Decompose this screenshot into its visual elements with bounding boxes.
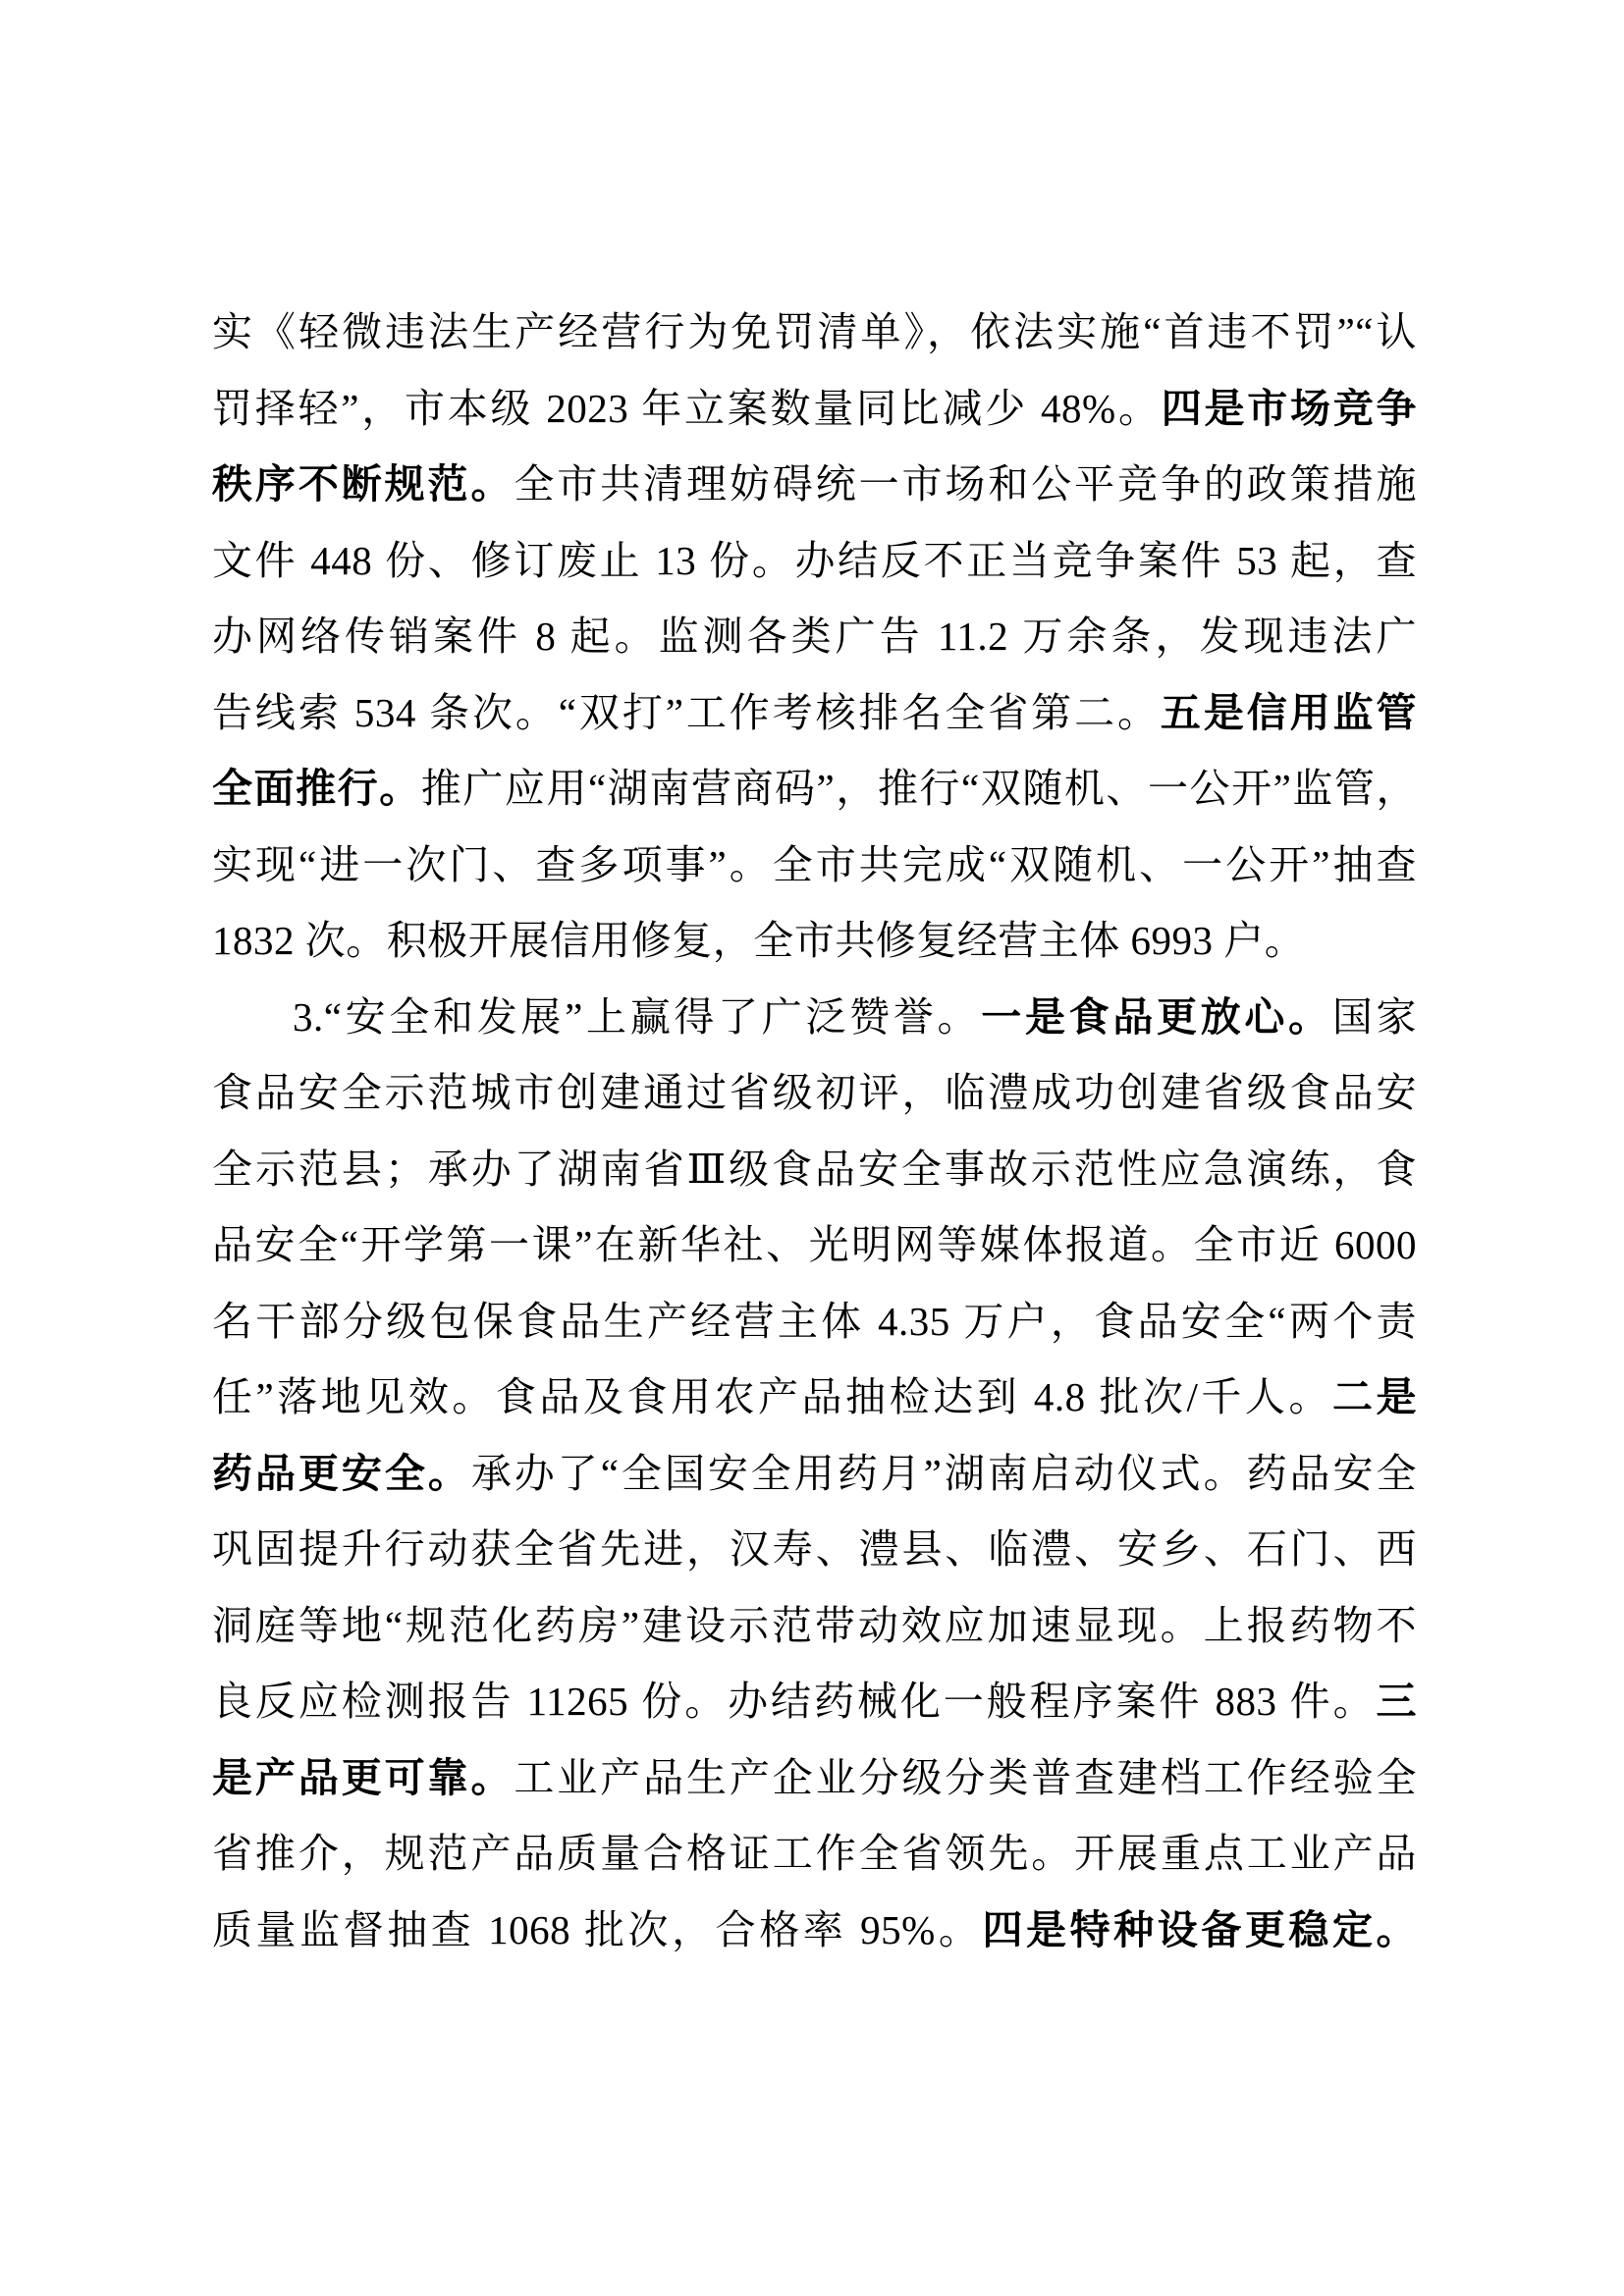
bold-emphasis-text: 五是信用监管 — [1161, 690, 1417, 735]
body-text: 食品安全示范城市创建通过省级初评，临澧成功创建省级食品安 — [212, 1070, 1417, 1115]
body-text: 1832 次。积极开展信用修复，全市共修复经营主体 6993 户。 — [212, 918, 1305, 963]
body-text: 巩固提升行动获全省先进，汉寿、澧县、临澧、安乡、石门、西 — [212, 1526, 1417, 1572]
text-line: 秩序不断规范。全市共清理妨碍统一市场和公平竞争的政策措施 — [212, 447, 1417, 523]
text-line: 巩固提升行动获全省先进，汉寿、澧县、临澧、安乡、石门、西 — [212, 1512, 1417, 1588]
text-line: 质量监督抽查 1068 批次，合格率 95%。四是特种设备更稳定。 — [212, 1893, 1417, 1969]
text-line: 品安全“开学第一课”在新华社、光明网等媒体报道。全市近 6000 — [212, 1207, 1417, 1284]
document-page: 实《轻微违法生产经营行为免罚清单》，依法实施“首违不罚”“认罚择轻”，市本级 2… — [0, 0, 1624, 2296]
text-line: 任”落地见效。食品及食用农产品抽检达到 4.8 批次/千人。二是 — [212, 1360, 1417, 1436]
text-line: 罚择轻”，市本级 2023 年立案数量同比减少 48%。四是市场竞争 — [212, 371, 1417, 448]
body-text: 质量监督抽查 1068 批次，合格率 95%。 — [212, 1907, 982, 1952]
body-text: 品安全“开学第一课”在新华社、光明网等媒体报道。全市近 6000 — [212, 1222, 1417, 1267]
bold-emphasis-text: 四是特种设备更稳定。 — [982, 1907, 1417, 1952]
text-line: 是产品更可靠。工业产品生产企业分级分类普查建档工作经验全 — [212, 1740, 1417, 1817]
body-text: 良反应检测报告 11265 份。办结药械化一般程序案件 883 件。 — [212, 1679, 1377, 1724]
text-line: 药品更安全。承办了“全国安全用药月”湖南启动仪式。药品安全 — [212, 1436, 1417, 1513]
body-text: 任”落地见效。食品及食用农产品抽检达到 4.8 批次/千人。 — [212, 1374, 1332, 1419]
bold-emphasis-text: 药品更安全。 — [212, 1451, 471, 1496]
body-text: 办网络传销案件 8 起。监测各类广告 11.2 万余条，发现违法广 — [212, 614, 1417, 659]
bold-emphasis-text: 一是食品更放心。 — [981, 994, 1332, 1040]
body-text: 实《轻微违法生产经营行为免罚清单》，依法实施“首违不罚”“认 — [212, 309, 1417, 354]
body-text: 工业产品生产企业分级分类普查建档工作经验全 — [514, 1755, 1417, 1800]
text-line: 文件 448 份、修订废止 13 份。办结反不正当竞争案件 53 起，查 — [212, 523, 1417, 600]
bold-emphasis-text: 全面推行。 — [212, 766, 421, 811]
bold-emphasis-text: 二是 — [1332, 1374, 1417, 1419]
text-line: 1832 次。积极开展信用修复，全市共修复经营主体 6993 户。 — [212, 903, 1417, 980]
text-line: 办网络传销案件 8 起。监测各类广告 11.2 万余条，发现违法广 — [212, 599, 1417, 675]
body-text: 承办了“全国安全用药月”湖南启动仪式。药品安全 — [471, 1451, 1417, 1496]
body-text: 国家 — [1332, 994, 1417, 1040]
body-text: 文件 448 份、修订废止 13 份。办结反不正当竞争案件 53 起，查 — [212, 538, 1417, 583]
text-line: 洞庭等地“规范化药房”建设示范带动效应加速显现。上报药物不 — [212, 1588, 1417, 1665]
bold-emphasis-text: 秩序不断规范。 — [212, 461, 514, 507]
body-text: 推广应用“湖南营商码”，推行“双随机、一公开”监管， — [421, 766, 1417, 811]
bold-emphasis-text: 四是市场竞争 — [1162, 386, 1417, 431]
text-line: 告线索 534 条次。“双打”工作考核排名全省第二。五是信用监管 — [212, 675, 1417, 752]
body-text: 实现“进一次门、查多项事”。全市共完成“双随机、一公开”抽查 — [212, 842, 1417, 887]
text-line: 实《轻微违法生产经营行为免罚清单》，依法实施“首违不罚”“认 — [212, 294, 1417, 371]
text-line: 3.“安全和发展”上赢得了广泛赞誉。一是食品更放心。国家 — [212, 980, 1417, 1056]
text-line: 省推介，规范产品质量合格证工作全省领先。开展重点工业产品 — [212, 1816, 1417, 1893]
body-text: 名干部分级包保食品生产经营主体 4.35 万户，食品安全“两个责 — [212, 1299, 1417, 1344]
body-text: 全示范县；承办了湖南省Ⅲ级食品安全事故示范性应急演练，食 — [212, 1147, 1417, 1192]
text-line: 全面推行。推广应用“湖南营商码”，推行“双随机、一公开”监管， — [212, 751, 1417, 828]
text-line: 名干部分级包保食品生产经营主体 4.35 万户，食品安全“两个责 — [212, 1284, 1417, 1361]
body-text: 罚择轻”，市本级 2023 年立案数量同比减少 48%。 — [212, 386, 1162, 431]
text-line: 良反应检测报告 11265 份。办结药械化一般程序案件 883 件。三 — [212, 1664, 1417, 1740]
text-line: 全示范县；承办了湖南省Ⅲ级食品安全事故示范性应急演练，食 — [212, 1132, 1417, 1208]
bold-emphasis-text: 三 — [1377, 1679, 1418, 1724]
bold-emphasis-text: 是产品更可靠。 — [212, 1755, 514, 1800]
text-line: 实现“进一次门、查多项事”。全市共完成“双随机、一公开”抽查 — [212, 828, 1417, 904]
body-text: 告线索 534 条次。“双打”工作考核排名全省第二。 — [212, 690, 1161, 735]
body-text: 洞庭等地“规范化药房”建设示范带动效应加速显现。上报药物不 — [212, 1603, 1417, 1648]
text-line: 食品安全示范城市创建通过省级初评，临澧成功创建省级食品安 — [212, 1055, 1417, 1132]
document-text: 实《轻微违法生产经营行为免罚清单》，依法实施“首违不罚”“认罚择轻”，市本级 2… — [212, 294, 1417, 1968]
body-text: 全市共清理妨碍统一市场和公平竞争的政策措施 — [514, 461, 1417, 507]
body-text: 3.“安全和发展”上赢得了广泛赞誉。 — [293, 994, 981, 1040]
body-text: 省推介，规范产品质量合格证工作全省领先。开展重点工业产品 — [212, 1831, 1417, 1876]
